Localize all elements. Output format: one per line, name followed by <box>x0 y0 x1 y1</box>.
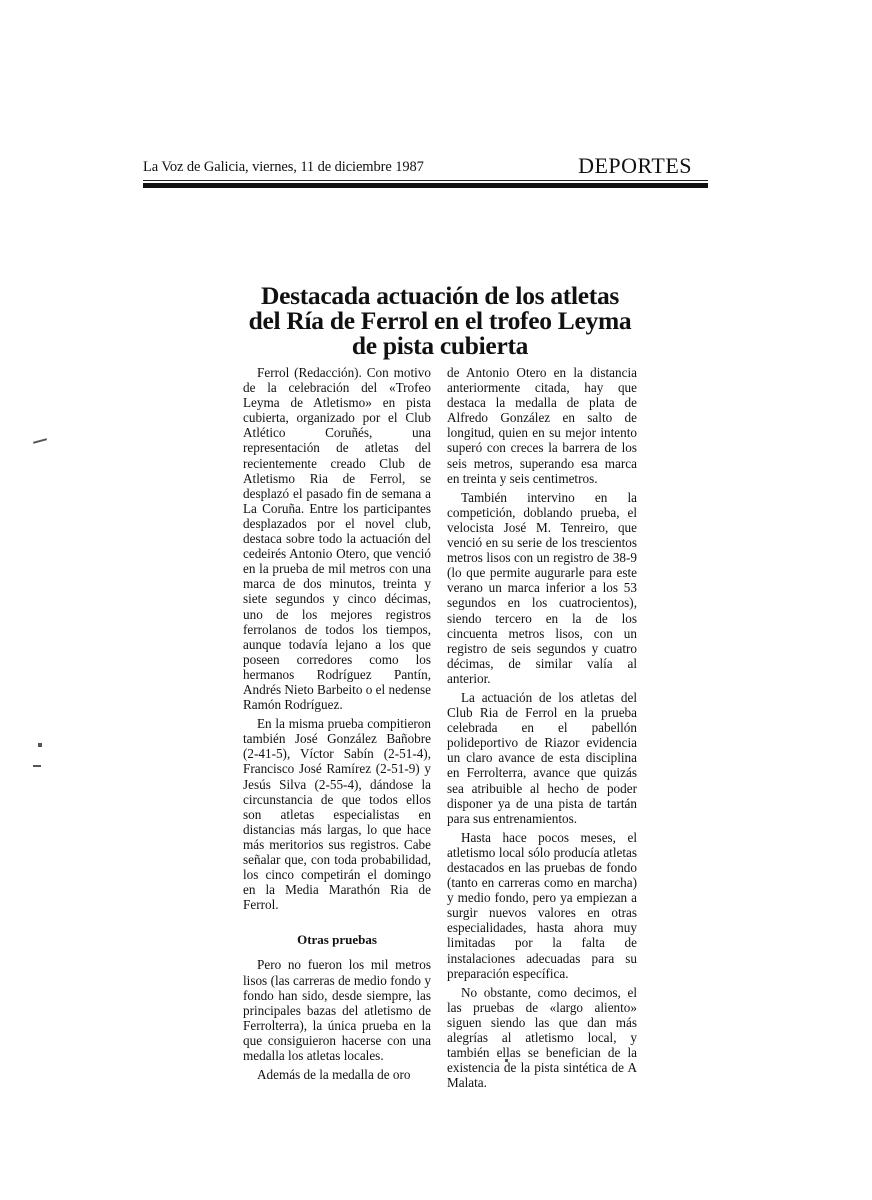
article-headline: Destacada actuación de los atletas del R… <box>235 283 645 358</box>
article-paragraph: Hasta hace pocos meses, el atletismo loc… <box>447 830 637 981</box>
article-paragraph: En la misma prueba compitieron también J… <box>243 716 431 912</box>
article-column-left: Ferrol (Redacción). Con motivo de la cel… <box>243 365 431 1086</box>
headline-line-3: de pista cubierta <box>235 333 645 358</box>
scan-speck <box>38 743 42 747</box>
article-paragraph: También intervino en la competición, dob… <box>447 490 637 686</box>
masthead: La Voz de Galicia, viernes, 11 de diciem… <box>143 153 708 193</box>
article-paragraph: La actuación de los atletas del Club Ria… <box>447 690 637 826</box>
section-title: DEPORTES <box>578 153 692 179</box>
masthead-rule-thin <box>143 180 708 181</box>
scan-speck <box>33 438 47 444</box>
article-paragraph: Ferrol (Redacción). Con motivo de la cel… <box>243 365 431 712</box>
article-paragraph: Pero no fueron los mil metros lisos (las… <box>243 957 431 1063</box>
masthead-rule-thick <box>143 183 708 188</box>
article-paragraph: de Antonio Otero en la distancia anterio… <box>447 365 637 486</box>
article-paragraph: No obstante, como decimos, el las prueba… <box>447 985 637 1091</box>
article-paragraph: Además de la medalla de oro <box>243 1067 431 1082</box>
scan-speck <box>33 765 41 767</box>
headline-line-1: Destacada actuación de los atletas <box>235 283 645 308</box>
scan-speck <box>505 1059 508 1062</box>
publication-date: La Voz de Galicia, viernes, 11 de diciem… <box>143 159 424 176</box>
article-column-right: de Antonio Otero en la distancia anterio… <box>447 365 637 1094</box>
headline-line-2: del Ría de Ferrol en el trofeo Leyma <box>235 308 645 333</box>
article-subheading: Otras pruebas <box>243 932 431 947</box>
